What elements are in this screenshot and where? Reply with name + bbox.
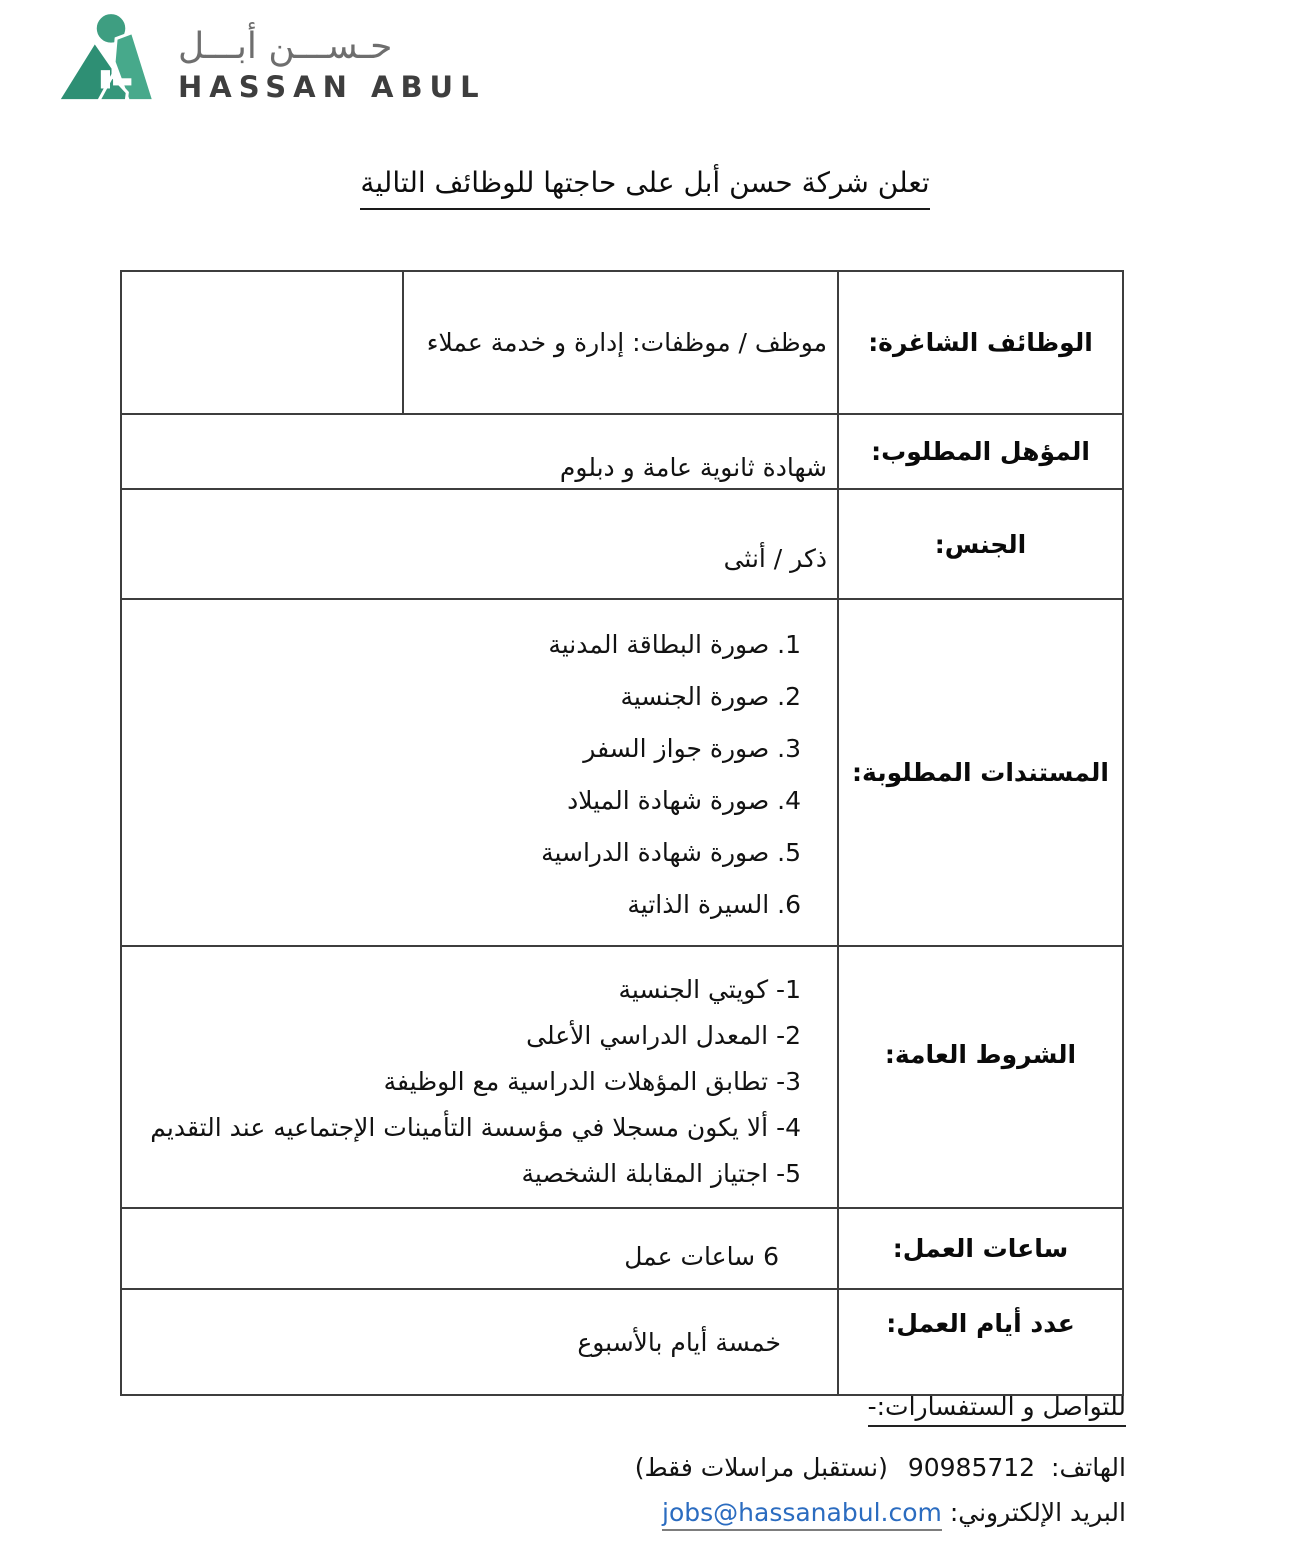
list-item: 2- المعدل الدراسي الأعلى xyxy=(130,1021,801,1050)
list-item: 1. صورة البطاقة المدنية xyxy=(130,630,801,659)
table-row-documents: المستندات المطلوبة: 1. صورة البطاقة المد… xyxy=(121,599,1123,946)
job-details-table: الوظائف الشاغرة: موظف / موظفات: إدارة و … xyxy=(120,270,1124,1396)
company-logo: حـســـن أبـــل HASSAN ABUL xyxy=(54,10,486,114)
row-value-documents: 1. صورة البطاقة المدنية 2. صورة الجنسية … xyxy=(121,599,838,946)
row-value-gender: ذكر / أنثى xyxy=(121,489,838,599)
empty-cell xyxy=(121,271,403,414)
row-value-work-hours: 6 ساعات عمل xyxy=(121,1208,838,1289)
table-row-work-hours: ساعات العمل: 6 ساعات عمل xyxy=(121,1208,1123,1289)
page-title: تعلن شركة حسن أبل على حاجتها للوظائف الت… xyxy=(360,166,929,210)
list-item: 3. صورة جواز السفر xyxy=(130,734,801,763)
logo-english-name: HASSAN ABUL xyxy=(178,70,486,104)
table-row-gender: الجنس: ذكر / أنثى xyxy=(121,489,1123,599)
phone-number: 90985712 xyxy=(908,1453,1035,1482)
list-item: 4. صورة شهادة الميلاد xyxy=(130,786,801,815)
phone-label: الهاتف: xyxy=(1051,1453,1126,1482)
list-item: 6. السيرة الذاتية xyxy=(130,890,801,919)
row-label-work-hours: ساعات العمل: xyxy=(838,1208,1123,1289)
phone-line: الهاتف: 90985712 (نستقبل مراسلات فقط) xyxy=(635,1453,1126,1482)
hassan-abul-logo-icon xyxy=(54,10,166,114)
table-row-conditions: الشروط العامة: 1- كويتي الجنسية 2- المعد… xyxy=(121,946,1123,1208)
table-row-qualification: المؤهل المطلوب: شهادة ثانوية عامة و دبلو… xyxy=(121,414,1123,489)
row-label-qualification: المؤهل المطلوب: xyxy=(838,414,1123,489)
row-label-work-days: عدد أيام العمل: xyxy=(838,1289,1123,1395)
row-label-gender: الجنس: xyxy=(838,489,1123,599)
list-item: 2. صورة الجنسية xyxy=(130,682,801,711)
list-item: 3- تطابق المؤهلات الدراسية مع الوظيفة xyxy=(130,1067,801,1096)
table-row-work-days: عدد أيام العمل: خمسة أيام بالأسبوع xyxy=(121,1289,1123,1395)
email-link[interactable]: jobs@hassanabul.com xyxy=(662,1498,942,1531)
list-item: 5. صورة شهادة الدراسية xyxy=(130,838,801,867)
contact-heading: للتواصل و الستفسارات:- xyxy=(868,1392,1126,1427)
email-label: البريد الإلكتروني: xyxy=(950,1498,1126,1527)
phone-note: (نستقبل مراسلات فقط) xyxy=(635,1453,888,1482)
row-value-work-days: خمسة أيام بالأسبوع xyxy=(121,1289,838,1395)
list-item: 1- كويتي الجنسية xyxy=(130,975,801,1004)
title-row: تعلن شركة حسن أبل على حاجتها للوظائف الت… xyxy=(0,166,1290,210)
row-value-vacancies: موظف / موظفات: إدارة و خدمة عملاء xyxy=(403,271,838,414)
row-label-vacancies: الوظائف الشاغرة: xyxy=(838,271,1123,414)
table-row-vacancies: الوظائف الشاغرة: موظف / موظفات: إدارة و … xyxy=(121,271,1123,414)
logo-text-block: حـســـن أبـــل HASSAN ABUL xyxy=(178,10,486,104)
logo-arabic-name: حـســـن أبـــل xyxy=(178,28,486,66)
list-item: 5- اجتياز المقابلة الشخصية xyxy=(130,1159,801,1188)
row-value-qualification: شهادة ثانوية عامة و دبلوم xyxy=(121,414,838,489)
contact-section: للتواصل و الستفسارات:- الهاتف: 90985712 … xyxy=(635,1392,1126,1527)
row-label-documents: المستندات المطلوبة: xyxy=(838,599,1123,946)
row-value-conditions: 1- كويتي الجنسية 2- المعدل الدراسي الأعل… xyxy=(121,946,838,1208)
list-item: 4- ألا يكون مسجلا في مؤسسة التأمينات الإ… xyxy=(130,1113,801,1142)
email-line: البريد الإلكتروني: jobs@hassanabul.com xyxy=(635,1498,1126,1527)
row-label-conditions: الشروط العامة: xyxy=(838,946,1123,1208)
